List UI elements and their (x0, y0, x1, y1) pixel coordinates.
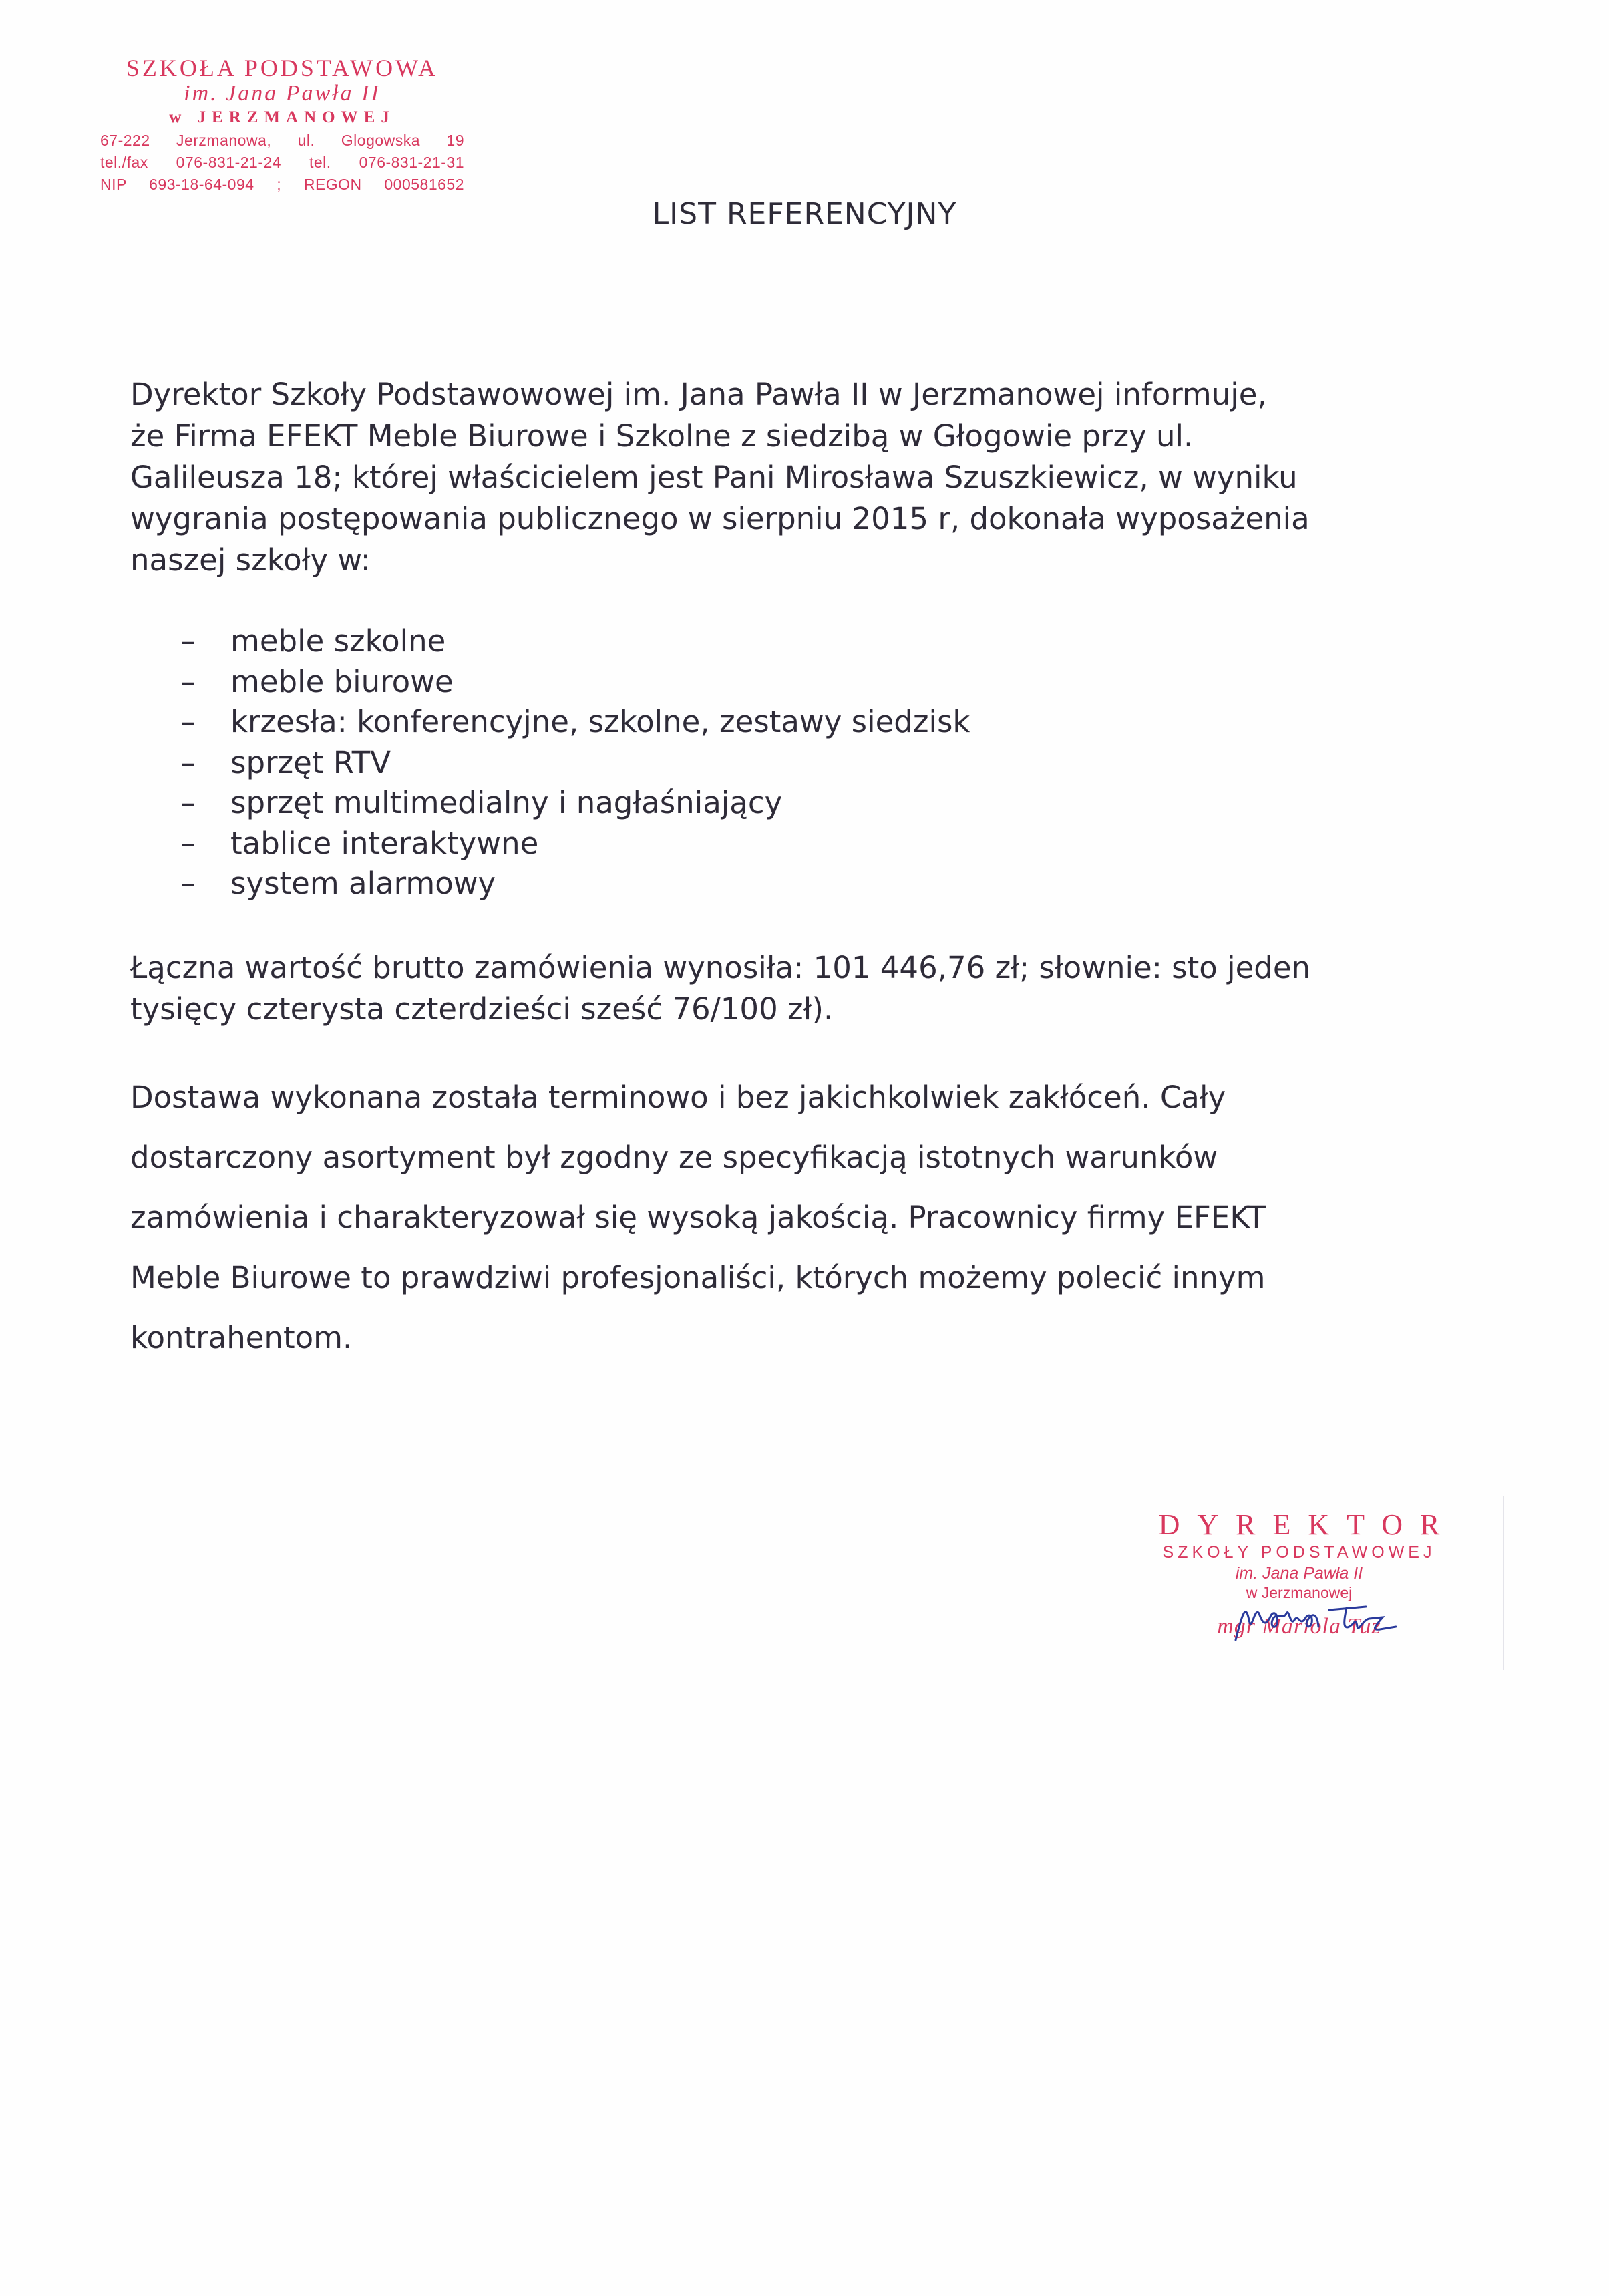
handwritten-signature-icon (1229, 1600, 1403, 1647)
closing-line: Dostawa wykonana została terminowo i bez… (130, 1068, 1499, 1128)
dash-bullet-icon: – (180, 783, 230, 824)
stamp-director-title: DYREKTOR (1122, 1508, 1476, 1542)
list-item: –sprzęt RTV (180, 743, 970, 784)
dash-bullet-icon: – (180, 743, 230, 784)
list-item: –sprzęt multimedialny i nagłaśniający (180, 783, 970, 824)
school-header-stamp: SZKOŁA PODSTAWOWA im. Jana Pawła II w JE… (100, 55, 464, 196)
dash-bullet-icon: – (180, 702, 230, 743)
stamp-school-name: SZKOŁA PODSTAWOWA (100, 55, 464, 81)
list-item-label: sprzęt RTV (230, 743, 391, 784)
equipment-list: –meble szkolne –meble biurowe –krzesła: … (180, 621, 970, 905)
intro-line: wygrania postępowania publicznego w sier… (130, 498, 1479, 540)
scan-artifact-line (1503, 1496, 1504, 1670)
stamp-patron: im. Jana Pawła II (100, 81, 464, 106)
dash-bullet-icon: – (180, 824, 230, 864)
list-item-label: krzesła: konferencyjne, szkolne, zestawy… (230, 702, 970, 743)
list-item-label: system alarmowy (230, 864, 496, 905)
stamp-tax-ids: NIP 693-18-64-094 ; REGON 000581652 (100, 174, 464, 196)
stamp-phones: tel./fax 076-831-21-24 tel. 076-831-21-3… (100, 152, 464, 174)
stamp-location: w Jerzmanowej (1122, 1583, 1476, 1602)
intro-line: Galileusza 18; której właścicielem jest … (130, 457, 1479, 498)
list-item-label: sprzęt multimedialny i nagłaśniający (230, 783, 782, 824)
list-item-label: tablice interaktywne (230, 824, 538, 864)
document-title: LIST REFERENCYJNY (0, 197, 1609, 231)
stamp-patron: im. Jana Pawła II (1122, 1563, 1476, 1583)
dash-bullet-icon: – (180, 662, 230, 703)
list-item: –system alarmowy (180, 864, 970, 905)
list-item: –meble szkolne (180, 621, 970, 662)
list-item-label: meble szkolne (230, 621, 445, 662)
closing-line: kontrahentom. (130, 1308, 1499, 1368)
list-item: –krzesła: konferencyjne, szkolne, zestaw… (180, 702, 970, 743)
intro-line: naszej szkoły w: (130, 540, 1479, 581)
intro-paragraph: Dyrektor Szkoły Podstawowowej im. Jana P… (130, 374, 1479, 581)
list-item: –meble biurowe (180, 662, 970, 703)
amount-paragraph: Łączna wartość brutto zamówienia wynosił… (130, 947, 1499, 1030)
closing-line: Meble Biurowe to prawdziwi profesjonaliś… (130, 1248, 1499, 1308)
list-item: –tablice interaktywne (180, 824, 970, 864)
dash-bullet-icon: – (180, 621, 230, 662)
intro-line: Dyrektor Szkoły Podstawowowej im. Jana P… (130, 374, 1479, 416)
amount-line: Łączna wartość brutto zamówienia wynosił… (130, 947, 1499, 989)
closing-paragraph: Dostawa wykonana została terminowo i bez… (130, 1068, 1499, 1368)
list-item-label: meble biurowe (230, 662, 454, 703)
stamp-school: SZKOŁY PODSTAWOWEJ (1122, 1542, 1476, 1563)
intro-line: że Firma EFEKT Meble Biurowe i Szkolne z… (130, 416, 1479, 457)
stamp-address: 67-222 Jerzmanowa, ul. Glogowska 19 (100, 130, 464, 152)
stamp-location: w JERZMANOWEJ (100, 106, 464, 130)
closing-line: zamówienia i charakteryzował się wysoką … (130, 1188, 1499, 1248)
closing-line: dostarczony asortyment był zgodny ze spe… (130, 1128, 1499, 1188)
amount-line: tysięcy czterysta czterdzieści sześć 76/… (130, 989, 1499, 1030)
dash-bullet-icon: – (180, 864, 230, 905)
